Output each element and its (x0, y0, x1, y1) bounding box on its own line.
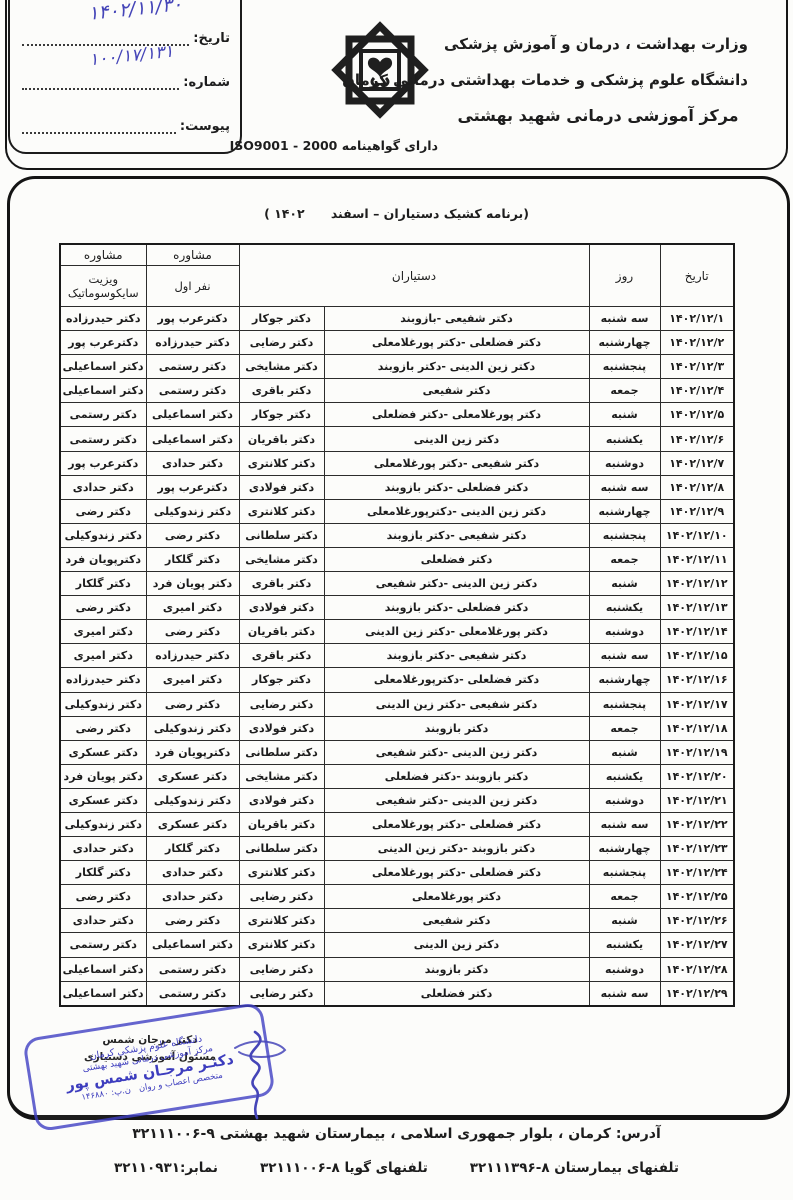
cell-consult-psychosomatic: دکتر گلکار (60, 861, 146, 885)
cell-consult-psychosomatic: دکتر رضی (60, 499, 146, 523)
cell-resident-second: دکتر سلطانی (239, 837, 324, 861)
cell-day: سه شنبه (589, 475, 660, 499)
cell-resident-second: دکتر سلطانی (239, 740, 324, 764)
cell-day: دوشنبه (589, 451, 660, 475)
table-body: ۱۴۰۲/۱۲/۱سه شنبهدکتر شفیعی -بازوبنددکتر … (60, 307, 734, 1006)
cell-consult-first-person: دکتر پویان فرد (146, 572, 239, 596)
cell-consult-first-person: دکتر زندوکیلی (146, 499, 239, 523)
cell-day: شنبه (589, 572, 660, 596)
cell-day: یکشنبه (589, 933, 660, 957)
cell-consult-psychosomatic: دکتر رستمی (60, 933, 146, 957)
cell-consult-psychosomatic: دکتر پویان فرد (60, 764, 146, 788)
cell-day: چهارشنبه (589, 499, 660, 523)
ministry-name: وزارت بهداشت ، درمان و آموزش پزشکی (448, 26, 748, 62)
cell-resident-second: دکتر باقری (239, 644, 324, 668)
cell-consult-psychosomatic: دکتر گلکار (60, 572, 146, 596)
cell-resident-main: دکتر زین الدینی -دکتر بازوبند (324, 355, 589, 379)
cell-resident-second: دکتر مشایخی (239, 547, 324, 571)
cell-consult-first-person: دکتر حیدرزاده (146, 644, 239, 668)
cell-day: یکشنبه (589, 596, 660, 620)
cell-resident-main: دکتر پورغلامعلی (324, 885, 589, 909)
cell-consult-first-person: دکتر حیدرزاده (146, 331, 239, 355)
table-row: ۱۴۰۲/۱۲/۲۹سه شنبهدکتر فضلعلیدکتر رضاییدک… (60, 981, 734, 1006)
header-first-person: نفر اول (146, 266, 239, 307)
cell-resident-main: دکتر فضلعلی -دکتر بازوبند (324, 475, 589, 499)
cell-resident-main: دکتر فضلعلی -دکتر بازوبند (324, 596, 589, 620)
cell-resident-second: دکتر کلانتری (239, 499, 324, 523)
number-dotted-line (22, 74, 179, 90)
cell-day: پنجشنبه (589, 523, 660, 547)
cell-consult-first-person: دکتر عسکری (146, 764, 239, 788)
table-row: ۱۴۰۲/۱۲/۲۱دوشنبهدکتر زین الدینی -دکتر شف… (60, 788, 734, 812)
cell-resident-main: دکتر زین الدینی (324, 427, 589, 451)
cell-date: ۱۴۰۲/۱۲/۶ (660, 427, 734, 451)
footer-hospital-phones: تلفنهای بیمارستان ۸-۳۲۱۱۱۳۹۶ (470, 1160, 679, 1176)
cell-resident-main: دکتر شفیعی -دکتر پورغلامعلی (324, 451, 589, 475)
cell-resident-main: دکتر بازوبند (324, 716, 589, 740)
cell-consult-psychosomatic: دکترعرب پور (60, 451, 146, 475)
cell-resident-main: دکتر زین الدینی -دکتر شفیعی (324, 788, 589, 812)
cell-resident-main: دکتر فضلعلی -دکتر پورغلامعلی (324, 861, 589, 885)
table-row: ۱۴۰۲/۱۲/۱۷پنجشنبهدکتر شفیعی -دکتر زین ال… (60, 692, 734, 716)
university-name: دانشگاه علوم پزشکی و خدمات بهداشتی درمان… (448, 62, 748, 98)
organization-titles: وزارت بهداشت ، درمان و آموزش پزشکی دانشگ… (448, 26, 748, 134)
footer-address: آدرس: کرمان ، بلوار جمهوری اسلامی ، بیما… (0, 1126, 793, 1142)
cell-consult-first-person: دکتر حدادی (146, 861, 239, 885)
table-row: ۱۴۰۲/۱۲/۳پنجشنبهدکتر زین الدینی -دکتر با… (60, 355, 734, 379)
cell-date: ۱۴۰۲/۱۲/۱۶ (660, 668, 734, 692)
cell-date: ۱۴۰۲/۱۲/۸ (660, 475, 734, 499)
cell-consult-psychosomatic: دکتر حیدرزاده (60, 668, 146, 692)
cell-date: ۱۴۰۲/۱۲/۹ (660, 499, 734, 523)
iso-certificate-number: ISO9001 - 2000 (230, 138, 338, 153)
cell-day: جمعه (589, 885, 660, 909)
handwritten-signature (225, 1030, 295, 1120)
cell-date: ۱۴۰۲/۱۲/۱۸ (660, 716, 734, 740)
date-number-box: تاریخ: ۱۴۰۲/۱۱/۳۰ شماره: ۱۰۰/۱۷/۱۳۱ پیوس… (8, 0, 242, 154)
schedule-title: (برنامه کشیک دستیاران – اسفند ۱۴۰۲ ) (0, 206, 793, 221)
cell-consult-first-person: دکتر حدادی (146, 451, 239, 475)
cell-day: جمعه (589, 379, 660, 403)
cell-resident-main: دکتر بازوبند -دکتر زین الدینی (324, 837, 589, 861)
cell-date: ۱۴۰۲/۱۲/۱۰ (660, 523, 734, 547)
date-field: تاریخ: (22, 30, 230, 46)
cell-consult-psychosomatic: دکتر حیدرزاده (60, 307, 146, 331)
table-row: ۱۴۰۲/۱۲/۱سه شنبهدکتر شفیعی -بازوبنددکتر … (60, 307, 734, 331)
table-row: ۱۴۰۲/۱۲/۱۳یکشنبهدکتر فضلعلی -دکتر بازوبن… (60, 596, 734, 620)
attachment-dotted-line (22, 118, 176, 134)
cell-resident-second: دکتر باقری (239, 572, 324, 596)
cell-consult-first-person: دکتر عسکری (146, 812, 239, 836)
cell-date: ۱۴۰۲/۱۲/۲۷ (660, 933, 734, 957)
cell-day: یکشنبه (589, 427, 660, 451)
cell-date: ۱۴۰۲/۱۲/۲ (660, 331, 734, 355)
table-row: ۱۴۰۲/۱۲/۱۸جمعهدکتر بازوبنددکتر فولادیدکت… (60, 716, 734, 740)
cell-consult-psychosomatic: دکتر اسماعیلی (60, 355, 146, 379)
cell-consult-first-person: دکتر رضی (146, 620, 239, 644)
cell-resident-second: دکتر رضایی (239, 957, 324, 981)
table-row: ۱۴۰۲/۱۲/۲۳چهارشنبهدکتر بازوبند -دکتر زین… (60, 837, 734, 861)
cell-date: ۱۴۰۲/۱۲/۲۸ (660, 957, 734, 981)
cell-consult-psychosomatic: دکتر حدادی (60, 837, 146, 861)
cell-consult-first-person: دکترپویان فرد (146, 740, 239, 764)
cell-consult-first-person: دکتر گلکار (146, 837, 239, 861)
cell-resident-second: دکتر سلطانی (239, 523, 324, 547)
cell-date: ۱۴۰۲/۱۲/۲۱ (660, 788, 734, 812)
table-row: ۱۴۰۲/۱۲/۴جمعهدکتر شفیعیدکتر باقریدکتر رس… (60, 379, 734, 403)
cell-resident-second: دکتر جوکار (239, 403, 324, 427)
cell-consult-psychosomatic: دکتر رستمی (60, 403, 146, 427)
cell-resident-main: دکتر فضلعلی (324, 981, 589, 1006)
table-row: ۱۴۰۲/۱۲/۲۲سه شنبهدکتر فضلعلی -دکتر پورغل… (60, 812, 734, 836)
cell-resident-main: دکتر پورغلامعلی -دکتر فضلعلی (324, 403, 589, 427)
cell-date: ۱۴۰۲/۱۲/۷ (660, 451, 734, 475)
footer-fax: نمابر:۳۲۱۱۰۹۳۱ (114, 1160, 218, 1176)
cell-day: شنبه (589, 909, 660, 933)
table-row: ۱۴۰۲/۱۲/۲۶شنبهدکتر شفیعیدکتر کلانتریدکتر… (60, 909, 734, 933)
cell-day: شنبه (589, 403, 660, 427)
cell-date: ۱۴۰۲/۱۲/۲۳ (660, 837, 734, 861)
cell-resident-main: دکتر زین الدینی -دکتر شفیعی (324, 572, 589, 596)
cell-consult-first-person: دکتر زندوکیلی (146, 788, 239, 812)
cell-resident-main: دکتر زین الدینی -دکترپورغلامعلی (324, 499, 589, 523)
header-psychosomatic-visit: ویزیت سایکوسوماتیک (60, 266, 146, 307)
number-label: شماره: (183, 75, 230, 90)
cell-consult-psychosomatic: دکتر زندوکیلی (60, 523, 146, 547)
cell-date: ۱۴۰۲/۱۲/۲۹ (660, 981, 734, 1006)
cell-date: ۱۴۰۲/۱۲/۲۲ (660, 812, 734, 836)
cell-resident-main: دکتر شفیعی -دکتر بازوبند (324, 644, 589, 668)
cell-consult-psychosomatic: دکتر حدادی (60, 909, 146, 933)
cell-day: سه شنبه (589, 307, 660, 331)
header-date: تاریخ (660, 244, 734, 307)
cell-day: چهارشنبه (589, 837, 660, 861)
cell-resident-second: دکتر کلانتری (239, 933, 324, 957)
cell-resident-second: دکتر کلانتری (239, 451, 324, 475)
cell-date: ۱۴۰۲/۱۲/۲۵ (660, 885, 734, 909)
date-label: تاریخ: (193, 31, 230, 46)
table-row: ۱۴۰۲/۱۲/۹چهارشنبهدکتر زین الدینی -دکترپو… (60, 499, 734, 523)
cell-consult-psychosomatic: دکترپویان فرد (60, 547, 146, 571)
cell-consult-first-person: دکتر امیری (146, 668, 239, 692)
table-row: ۱۴۰۲/۱۲/۲چهارشنبهدکتر فضلعلی -دکتر پورغل… (60, 331, 734, 355)
cell-resident-main: دکتر شفیعی -بازوبند (324, 307, 589, 331)
cell-resident-second: دکتر جوکار (239, 668, 324, 692)
cell-date: ۱۴۰۲/۱۲/۱۲ (660, 572, 734, 596)
cell-day: جمعه (589, 547, 660, 571)
header-consult-2: مشاوره (60, 244, 146, 266)
cell-consult-first-person: دکتر رستمی (146, 379, 239, 403)
cell-day: دوشنبه (589, 620, 660, 644)
iso-certificate-fa: دارای گواهینامه (342, 138, 438, 153)
cell-day: سه شنبه (589, 644, 660, 668)
cell-resident-second: دکتر باقریان (239, 427, 324, 451)
table-row: ۱۴۰۲/۱۲/۲۸دوشنبهدکتر بازوبنددکتر رضاییدک… (60, 957, 734, 981)
table-row: ۱۴۰۲/۱۲/۸سه شنبهدکتر فضلعلی -دکتر بازوبن… (60, 475, 734, 499)
cell-consult-psychosomatic: دکتر رضی (60, 596, 146, 620)
cell-consult-first-person: دکتر زندوکیلی (146, 716, 239, 740)
cell-resident-second: دکتر کلانتری (239, 861, 324, 885)
cell-consult-psychosomatic: دکتر رضی (60, 885, 146, 909)
cell-day: پنجشنبه (589, 861, 660, 885)
cell-resident-main: دکتر فضلعلی -دکتر پورغلامعلی (324, 812, 589, 836)
cell-date: ۱۴۰۲/۱۲/۱۳ (660, 596, 734, 620)
cell-resident-second: دکتر مشایخی (239, 764, 324, 788)
cell-resident-main: دکتر زین الدینی (324, 933, 589, 957)
attachment-field: پیوست: (22, 118, 230, 134)
cell-consult-psychosomatic: دکتر امیری (60, 620, 146, 644)
cell-day: چهارشنبه (589, 331, 660, 355)
cell-consult-first-person: دکتر رستمی (146, 981, 239, 1006)
cell-consult-psychosomatic: دکتر زندوکیلی (60, 692, 146, 716)
header-day: روز (589, 244, 660, 307)
cell-resident-second: دکتر باقری (239, 379, 324, 403)
cell-resident-second: دکتر فولادی (239, 788, 324, 812)
table-row: ۱۴۰۲/۱۲/۲۴پنجشنبهدکتر فضلعلی -دکتر پورغل… (60, 861, 734, 885)
cell-resident-main: دکتر شفیعی -دکتر بازوبند (324, 523, 589, 547)
cell-consult-psychosomatic: دکتر اسماعیلی (60, 957, 146, 981)
cell-resident-second: دکتر رضایی (239, 692, 324, 716)
cell-consult-psychosomatic: دکتر رضی (60, 716, 146, 740)
cell-day: سه شنبه (589, 812, 660, 836)
cell-consult-psychosomatic: دکترعرب پور (60, 331, 146, 355)
table-row: ۱۴۰۲/۱۲/۱۵سه شنبهدکتر شفیعی -دکتر بازوبن… (60, 644, 734, 668)
cell-day: یکشنبه (589, 764, 660, 788)
cell-resident-second: دکتر فولادی (239, 716, 324, 740)
cell-resident-second: دکتر جوکار (239, 307, 324, 331)
cell-resident-second: دکتر رضایی (239, 885, 324, 909)
cell-date: ۱۴۰۲/۱۲/۴ (660, 379, 734, 403)
cell-resident-second: دکتر باقریان (239, 620, 324, 644)
table-row: ۱۴۰۲/۱۲/۷دوشنبهدکتر شفیعی -دکتر پورغلامع… (60, 451, 734, 475)
header-residents: دستیاران (239, 244, 589, 307)
cell-consult-psychosomatic: دکتر عسکری (60, 788, 146, 812)
duty-roster-table: تاریخ روز دستیاران مشاوره مشاوره نفر اول… (59, 243, 735, 1007)
cell-day: سه شنبه (589, 981, 660, 1006)
cell-resident-second: دکتر رضایی (239, 981, 324, 1006)
cell-resident-second: دکتر مشایخی (239, 355, 324, 379)
cell-consult-first-person: دکتر رستمی (146, 355, 239, 379)
cell-resident-main: دکتر پورغلامعلی -دکتر زین الدینی (324, 620, 589, 644)
cell-consult-first-person: دکترعرب پور (146, 307, 239, 331)
cell-consult-first-person: دکتر اسماعیلی (146, 403, 239, 427)
cell-consult-first-person: دکتر گلکار (146, 547, 239, 571)
cell-date: ۱۴۰۲/۱۲/۱۴ (660, 620, 734, 644)
date-handwritten-value: ۱۴۰۲/۱۱/۳۰ (87, 0, 183, 25)
cell-consult-first-person: دکترعرب پور (146, 475, 239, 499)
table-header: تاریخ روز دستیاران مشاوره مشاوره نفر اول… (60, 244, 734, 307)
table-row: ۱۴۰۲/۱۲/۱۰پنجشنبهدکتر شفیعی -دکتر بازوبن… (60, 523, 734, 547)
cell-day: پنجشنبه (589, 692, 660, 716)
cell-resident-main: دکتر فضلعلی (324, 547, 589, 571)
cell-resident-main: دکتر بازوبند -دکتر فضلعلی (324, 764, 589, 788)
table-row: ۱۴۰۲/۱۲/۱۹شنبهدکتر زین الدینی -دکتر شفیع… (60, 740, 734, 764)
cell-resident-second: دکتر فولادی (239, 596, 324, 620)
table-row: ۱۴۰۲/۱۲/۵شنبهدکتر پورغلامعلی -دکتر فضلعل… (60, 403, 734, 427)
cell-consult-psychosomatic: دکتر عسکری (60, 740, 146, 764)
table-row: ۱۴۰۲/۱۲/۱۶چهارشنبهدکتر فضلعلی -دکترپورغل… (60, 668, 734, 692)
table-row: ۱۴۰۲/۱۲/۲۰یکشنبهدکتر بازوبند -دکتر فضلعل… (60, 764, 734, 788)
cell-consult-first-person: دکتر رضی (146, 692, 239, 716)
cell-consult-first-person: دکتر اسماعیلی (146, 427, 239, 451)
header-consult-1: مشاوره (146, 244, 239, 266)
cell-consult-psychosomatic: دکتر رستمی (60, 427, 146, 451)
iso-certificate-line: دارای گواهینامه ISO9001 - 2000 (238, 138, 438, 153)
table-row: ۱۴۰۲/۱۲/۱۲شنبهدکتر زین الدینی -دکتر شفیع… (60, 572, 734, 596)
cell-date: ۱۴۰۲/۱۲/۳ (660, 355, 734, 379)
cell-resident-main: دکتر شفیعی -دکتر زین الدینی (324, 692, 589, 716)
cell-date: ۱۴۰۲/۱۲/۱ (660, 307, 734, 331)
number-field: شماره: (22, 74, 230, 90)
cell-resident-second: دکتر کلانتری (239, 909, 324, 933)
cell-consult-psychosomatic: دکتر امیری (60, 644, 146, 668)
cell-consult-first-person: دکتر رضی (146, 523, 239, 547)
table-row: ۱۴۰۲/۱۲/۱۴دوشنبهدکتر پورغلامعلی -دکتر زی… (60, 620, 734, 644)
cell-date: ۱۴۰۲/۱۲/۱۵ (660, 644, 734, 668)
attachment-label: پیوست: (180, 119, 230, 134)
cell-resident-main: دکتر زین الدینی -دکتر شفیعی (324, 740, 589, 764)
duty-roster-table-wrap: تاریخ روز دستیاران مشاوره مشاوره نفر اول… (59, 243, 735, 1007)
cell-date: ۱۴۰۲/۱۲/۲۴ (660, 861, 734, 885)
cell-day: جمعه (589, 716, 660, 740)
scanned-document-page: { "letterhead": { "ministry": "وزارت بهد… (0, 0, 793, 1200)
cell-resident-second: دکتر باقریان (239, 812, 324, 836)
cell-consult-first-person: دکتر اسماعیلی (146, 933, 239, 957)
cell-day: دوشنبه (589, 788, 660, 812)
table-row: ۱۴۰۲/۱۲/۱۱جمعهدکتر فضلعلیدکتر مشایخیدکتر… (60, 547, 734, 571)
cell-date: ۱۴۰۲/۱۲/۱۹ (660, 740, 734, 764)
cell-resident-main: دکتر شفیعی (324, 909, 589, 933)
footer-voice-phones: تلفنهای گویا ۸-۳۲۱۱۱۰۰۶ (260, 1160, 428, 1176)
cell-date: ۱۴۰۲/۱۲/۱۱ (660, 547, 734, 571)
cell-day: چهارشنبه (589, 668, 660, 692)
cell-consult-psychosomatic: دکتر اسماعیلی (60, 379, 146, 403)
cell-date: ۱۴۰۲/۱۲/۲۰ (660, 764, 734, 788)
cell-consult-first-person: دکتر رستمی (146, 957, 239, 981)
table-row: ۱۴۰۲/۱۲/۲۷یکشنبهدکتر زین الدینیدکتر کلان… (60, 933, 734, 957)
footer-phones: تلفنهای بیمارستان ۸-۳۲۱۱۱۳۹۶ تلفنهای گوی… (0, 1160, 793, 1176)
cell-consult-psychosomatic: دکتر حدادی (60, 475, 146, 499)
cell-date: ۱۴۰۲/۱۲/۵ (660, 403, 734, 427)
cell-resident-main: دکتر فضلعلی -دکترپورغلامعلی (324, 668, 589, 692)
cell-date: ۱۴۰۲/۱۲/۲۶ (660, 909, 734, 933)
table-row: ۱۴۰۲/۱۲/۶یکشنبهدکتر زین الدینیدکتر باقری… (60, 427, 734, 451)
cell-day: شنبه (589, 740, 660, 764)
cell-day: دوشنبه (589, 957, 660, 981)
cell-consult-first-person: دکتر رضی (146, 909, 239, 933)
cell-consult-first-person: دکتر امیری (146, 596, 239, 620)
cell-consult-psychosomatic: دکتر زندوکیلی (60, 812, 146, 836)
cell-resident-second: دکتر فولادی (239, 475, 324, 499)
cell-resident-main: دکتر فضلعلی -دکتر پورغلامعلی (324, 331, 589, 355)
center-name: مرکز آموزشی درمانی شهید بهشتی (448, 98, 748, 134)
cell-day: پنجشنبه (589, 355, 660, 379)
cell-consult-psychosomatic: دکتر اسماعیلی (60, 981, 146, 1006)
cell-resident-main: دکتر شفیعی (324, 379, 589, 403)
cell-consult-first-person: دکتر حدادی (146, 885, 239, 909)
cell-resident-second: دکتر رضایی (239, 331, 324, 355)
cell-resident-main: دکتر بازوبند (324, 957, 589, 981)
cell-date: ۱۴۰۲/۱۲/۱۷ (660, 692, 734, 716)
table-row: ۱۴۰۲/۱۲/۲۵جمعهدکتر پورغلامعلیدکتر رضایید… (60, 885, 734, 909)
